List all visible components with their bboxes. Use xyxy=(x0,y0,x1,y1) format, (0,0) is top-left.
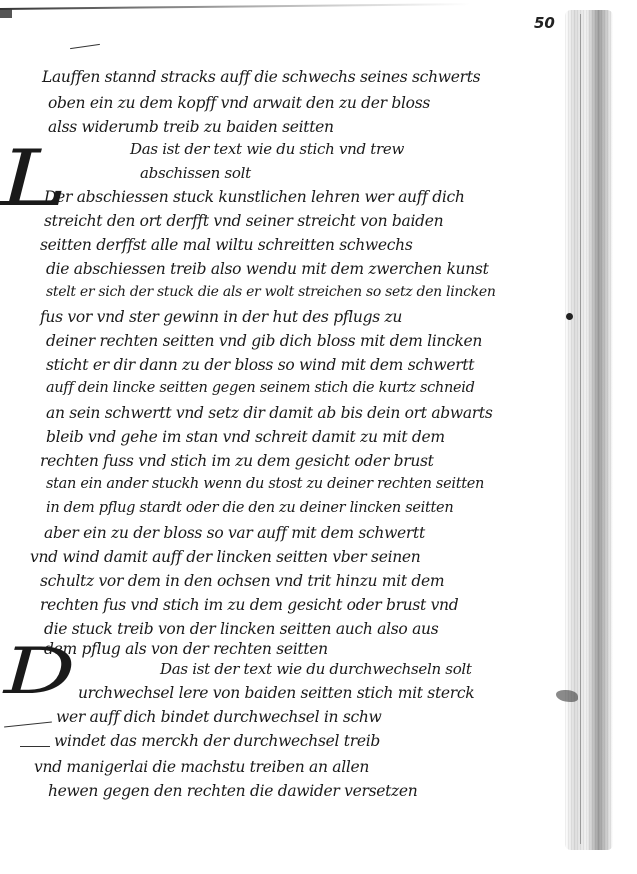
ink-smudge xyxy=(556,690,578,702)
text-line: auff dein lincke seitten gegen seinem st… xyxy=(46,380,475,396)
text-line: stelt er sich der stuck die als er wolt … xyxy=(46,284,496,300)
text-line: seitten derffst alle mal wiltu schreitte… xyxy=(40,236,413,254)
flourish-mark xyxy=(70,44,100,49)
text-line: deiner rechten seitten vnd gib dich blos… xyxy=(46,332,482,350)
text-line: windet das merckh der durchwechsel treib xyxy=(54,732,380,750)
section-heading: Das ist der text wie du durchwechseln so… xyxy=(160,660,472,678)
text-line: an sein schwertt vnd setz dir damit ab b… xyxy=(46,404,493,422)
text-line: wer auff dich bindet durchwechsel in sch… xyxy=(56,708,382,726)
flourish-mark xyxy=(4,721,52,727)
text-line: urchwechsel lere von baiden seitten stic… xyxy=(78,684,474,702)
text-line: vnd wind damit auff der lincken seitten … xyxy=(30,548,420,566)
section-heading: Das ist der text wie du stich vnd trew xyxy=(130,140,404,158)
text-line: Der abschiessen stuck kunstlichen lehren… xyxy=(44,188,465,206)
text-line: oben ein zu dem kopff vnd arwait den zu … xyxy=(48,94,430,112)
ink-blot xyxy=(566,313,573,320)
text-line: stan ein ander stuckh wenn du stost zu d… xyxy=(46,476,484,492)
page-top-edge xyxy=(0,3,470,10)
text-line: aber ein zu der bloss so var auff mit de… xyxy=(44,524,425,542)
text-line: vnd manigerlai die machstu treiben an al… xyxy=(34,758,369,776)
text-line: bleib vnd gehe im stan vnd schreit damit… xyxy=(46,428,445,446)
text-line: rechten fuss vnd stich im zu dem gesicht… xyxy=(40,452,434,470)
text-line: dem pflug als von der rechten seitten xyxy=(44,640,328,658)
text-line: sticht er dir dann zu der bloss so wind … xyxy=(46,356,474,374)
page-edge-line xyxy=(580,14,581,844)
text-line: alss widerumb treib zu baiden seitten xyxy=(48,118,334,136)
decorated-initial: D xyxy=(4,640,76,704)
text-line: die abschiessen treib also wendu mit dem… xyxy=(46,260,489,278)
binding-gutter-shadow xyxy=(565,10,613,850)
text-line: in dem pflug stardt oder die den zu dein… xyxy=(46,500,453,516)
flourish-mark xyxy=(20,746,50,747)
text-line: streicht den ort derfft vnd seiner strei… xyxy=(44,212,443,230)
text-line: schultz vor dem in den ochsen vnd trit h… xyxy=(40,572,444,590)
text-line: rechten fus vnd stich im zu dem gesicht … xyxy=(40,596,458,614)
manuscript-page: 50 Lauffen stannd stracks auff die schwe… xyxy=(0,0,637,874)
folio-number: 50 xyxy=(534,14,555,32)
text-line: die stuck treib von der lincken seitten … xyxy=(44,620,438,638)
text-line: Lauffen stannd stracks auff die schwechs… xyxy=(42,68,542,86)
decorated-initial: L xyxy=(0,140,67,218)
text-line: fus vor vnd ster gewinn in der hut des p… xyxy=(40,308,402,326)
section-heading: abschissen solt xyxy=(140,164,251,182)
text-line: hewen gegen den rechten die dawider vers… xyxy=(48,782,417,800)
